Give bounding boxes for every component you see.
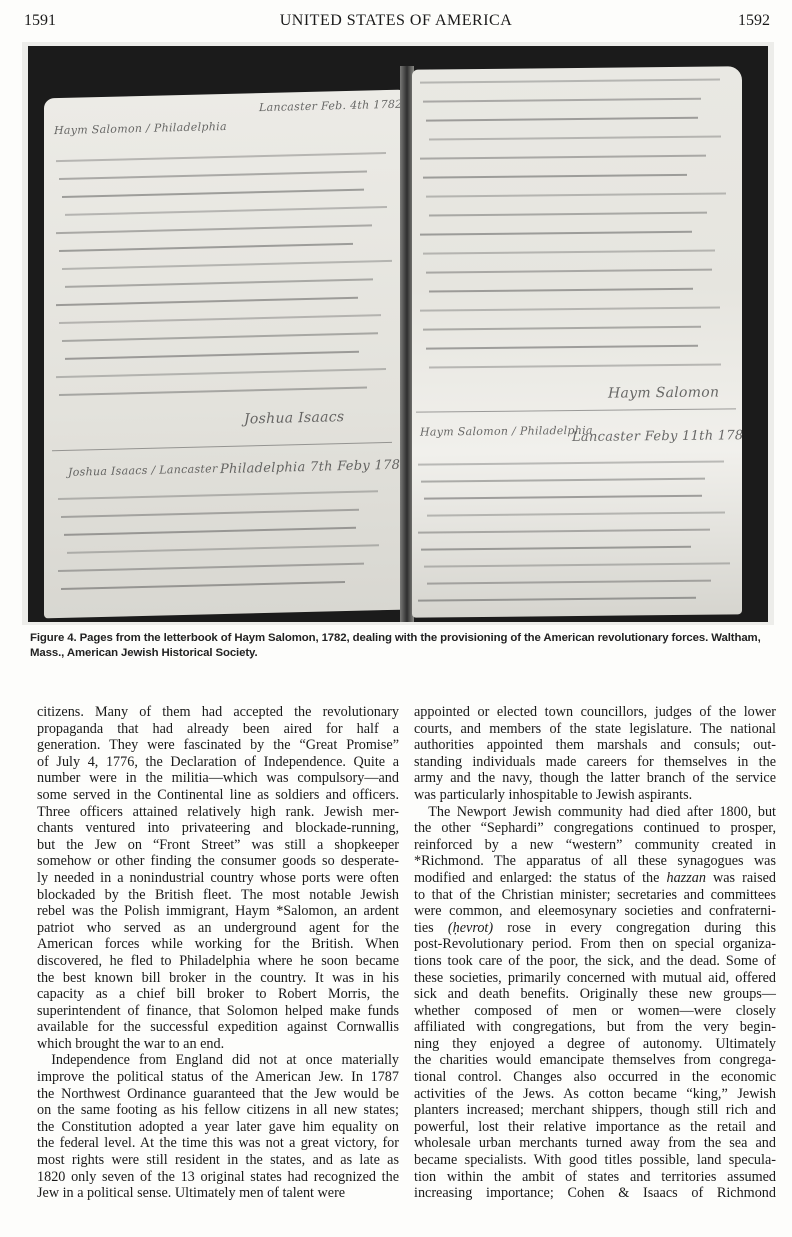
handwriting-stroke: [424, 562, 730, 567]
text-line: tions took care of the poor, the sick, a…: [414, 953, 776, 970]
handwriting-stroke: [427, 580, 711, 584]
handwriting-stroke: [423, 250, 715, 255]
text-line: army and the navy, though the latter bra…: [414, 770, 776, 787]
text-line: the best known bill broker in the countr…: [37, 970, 399, 987]
manuscript-photograph: Haym Salomon / Philadelphia Lancaster Fe…: [28, 46, 768, 622]
text-line: sick and death benefits. Originally thes…: [414, 986, 776, 1003]
handwriting-stroke: [65, 206, 387, 215]
text-line: Three officers attained relatively high …: [37, 804, 399, 821]
text-line: blockaded by the British fleet. The most…: [37, 887, 399, 904]
handwriting-stroke: [418, 529, 710, 534]
handwriting-stroke: [67, 544, 379, 553]
handwriting-stroke: [58, 563, 364, 572]
handwriting-stroke: [420, 155, 706, 159]
handwritten-signature: Joshua Isaacs: [244, 409, 344, 412]
text-column-right: appointed or elected town councillors, j…: [414, 704, 776, 1202]
text-line: was particularly inhospitable to Jewish …: [414, 787, 776, 804]
text-line: patriot who served as an underground age…: [37, 920, 399, 937]
text-line: activities of the Jews. As cotton became…: [414, 1086, 776, 1103]
text-line: Jew in a political sense. Ultimately men…: [37, 1185, 399, 1202]
handwriting-stroke: [62, 260, 392, 270]
text-line: the Constitution adopted a year later ga…: [37, 1119, 399, 1136]
running-title: UNITED STATES OF AMERICA: [0, 12, 792, 30]
text-line: modified and enlarged: the status of the…: [414, 870, 776, 887]
handwriting-stroke: [429, 363, 721, 368]
text-line: rebel was the Polish immigrant, Haym *Sa…: [37, 903, 399, 920]
handwriting-stroke: [59, 387, 367, 396]
text-line: capacity as a chief bill broker to Rober…: [37, 986, 399, 1003]
handwriting-stroke: [426, 192, 726, 197]
text-line: standing individuals made careers for th…: [414, 754, 776, 771]
handwritten-right-dateline: Lancaster Feby 11th 1782: [572, 428, 742, 431]
text-line: were common, and eleemosynary societies …: [414, 903, 776, 920]
text-line: post-Revolutionary period. From then on …: [414, 936, 776, 953]
text-line: some served in the Continental line as s…: [37, 787, 399, 804]
text-line: discovered, he fled to Philadelphia wher…: [37, 953, 399, 970]
handwriting-stroke: [62, 332, 378, 341]
handwriting-stroke: [56, 224, 372, 233]
text-line: but the Jew on “Front Street” was still …: [37, 837, 399, 854]
handwriting-stroke: [420, 231, 692, 235]
handwriting-stroke: [427, 511, 725, 516]
handwriting-stroke: [56, 368, 386, 378]
text-line: on the same footing as his fellow citize…: [37, 1102, 399, 1119]
handwriting-stroke: [423, 326, 701, 330]
handwriting-stroke: [58, 490, 378, 499]
text-line: tion within the ambit of states and terr…: [414, 1169, 776, 1186]
text-line: improve the political status of the Amer…: [37, 1069, 399, 1086]
handwriting-stroke: [420, 307, 720, 312]
handwriting-stroke: [429, 212, 707, 216]
text-line: The Newport Jewish community had died af…: [414, 804, 776, 821]
text-line: whether composed of men or women—were cl…: [414, 1003, 776, 1020]
text-line: increasing importance; Cohen & Isaacs of…: [414, 1185, 776, 1202]
handwriting-stroke: [426, 269, 712, 273]
handwriting-stroke: [59, 243, 353, 252]
handwriting-stroke: [426, 345, 698, 349]
text-line: number were in the militia—which was com…: [37, 770, 399, 787]
handwriting-stroke: [61, 581, 345, 589]
text-line: ties (ḥevrot) rose in every congregation…: [414, 920, 776, 937]
handwriting-stroke: [61, 509, 359, 518]
figure-4: Haym Salomon / Philadelphia Lancaster Fe…: [22, 42, 774, 625]
text-line: somehow or other finding the consumer go…: [37, 853, 399, 870]
text-line: affiliated with congregations, but from …: [414, 1019, 776, 1036]
handwriting-stroke: [423, 98, 701, 102]
text-line: the Northwest Ordinance guaranteed that …: [37, 1086, 399, 1103]
handwriting-stroke: [429, 135, 721, 140]
handwritten-signature-salomon: Haym Salomon: [608, 385, 719, 387]
manuscript-left-page: Haym Salomon / Philadelphia Lancaster Fe…: [44, 90, 404, 619]
text-line: to that of the Christian minister; secre…: [414, 887, 776, 904]
caption-text: Pages from the letterbook of Haym Salomo…: [30, 632, 761, 659]
handwriting-stroke: [65, 351, 359, 360]
text-line: superintendent of finance, that Solomon …: [37, 1003, 399, 1020]
text-line: generation. They were fascinated by the …: [37, 737, 399, 754]
text-line: American forces while working for the Br…: [37, 936, 399, 953]
text-line: Independence from England did not at onc…: [37, 1052, 399, 1069]
running-head: 1591 UNITED STATES OF AMERICA 1592: [0, 10, 792, 36]
text-line: propaganda that had already been aired f…: [37, 721, 399, 738]
handwriting-stroke: [59, 171, 367, 180]
handwriting-stroke: [59, 314, 381, 323]
handwritten-addressee: Haym Salomon / Philadelphia: [54, 120, 227, 125]
text-line: wholesale urban merchants turned away fr…: [414, 1135, 776, 1152]
handwritten-right-addressee: Haym Salomon / Philadelphia: [420, 424, 593, 427]
text-line: most rights were still resident in the s…: [37, 1152, 399, 1169]
text-line: powerful, lost their relative importance…: [414, 1119, 776, 1136]
text-line: appointed or elected town councillors, j…: [414, 704, 776, 721]
handwriting-stroke: [418, 460, 724, 465]
handwritten-dateline: Lancaster Feb. 4th 1782: [259, 98, 402, 103]
text-line: reinforced by a new “western” community …: [414, 837, 776, 854]
handwriting-stroke: [424, 495, 702, 499]
text-line: the other “Sephardi” congregations conti…: [414, 820, 776, 837]
text-line: authorities appointed them marshals and …: [414, 737, 776, 754]
handwriting-stroke: [65, 278, 373, 287]
handwriting-stroke: [429, 288, 693, 292]
handwriting-stroke: [420, 79, 720, 84]
handwriting-stroke: [418, 597, 696, 601]
text-line: ly needed in a nonindustrial country who…: [37, 870, 399, 887]
text-line: the charities would emancipate themselve…: [414, 1052, 776, 1069]
handwriting-stroke: [64, 527, 356, 536]
text-line: these societies, primarily concerned wit…: [414, 970, 776, 987]
text-line: courts, and members of the state legisla…: [414, 721, 776, 738]
text-line: became specialists. With good titles pos…: [414, 1152, 776, 1169]
handwritten-second-addressee: Joshua Isaacs / Lancaster: [68, 462, 218, 467]
handwriting-stroke: [62, 189, 364, 198]
text-line: *Richmond. The apparatus of all these sy…: [414, 853, 776, 870]
handwriting-stroke: [421, 546, 691, 550]
caption-label: Figure 4.: [30, 632, 77, 644]
handwritten-second-dateline: Philadelphia 7th Feby 1782: [220, 457, 404, 463]
text-line: tional control. Changes also occurred in…: [414, 1069, 776, 1086]
text-line: available for the successful expedition …: [37, 1019, 399, 1036]
text-line: planters increased; merchant shippers, t…: [414, 1102, 776, 1119]
text-column-left: citizens. Many of them had accepted the …: [37, 704, 399, 1202]
page-number-right: 1592: [738, 12, 770, 30]
text-line: citizens. Many of them had accepted the …: [37, 704, 399, 721]
figure-caption: Figure 4. Pages from the letterbook of H…: [30, 631, 770, 661]
manuscript-right-page: Haym Salomon Haym Salomon / Philadelphia…: [412, 66, 742, 617]
text-line: ning they enjoyed a degree of autonomy. …: [414, 1036, 776, 1053]
handwriting-stroke: [421, 478, 705, 482]
text-line: of July 4, 1776, the Declaration of Inde…: [37, 754, 399, 771]
text-line: 1820 only seven of the 13 original state…: [37, 1169, 399, 1186]
text-line: the federal level. At the time this was …: [37, 1135, 399, 1152]
handwriting-stroke: [426, 117, 698, 121]
handwriting-stroke: [56, 152, 386, 162]
text-line: which brought the war to an end.: [37, 1036, 399, 1053]
text-line: chants ventured into privateering and bl…: [37, 820, 399, 837]
handwriting-stroke: [56, 297, 358, 306]
handwriting-stroke: [423, 174, 687, 178]
